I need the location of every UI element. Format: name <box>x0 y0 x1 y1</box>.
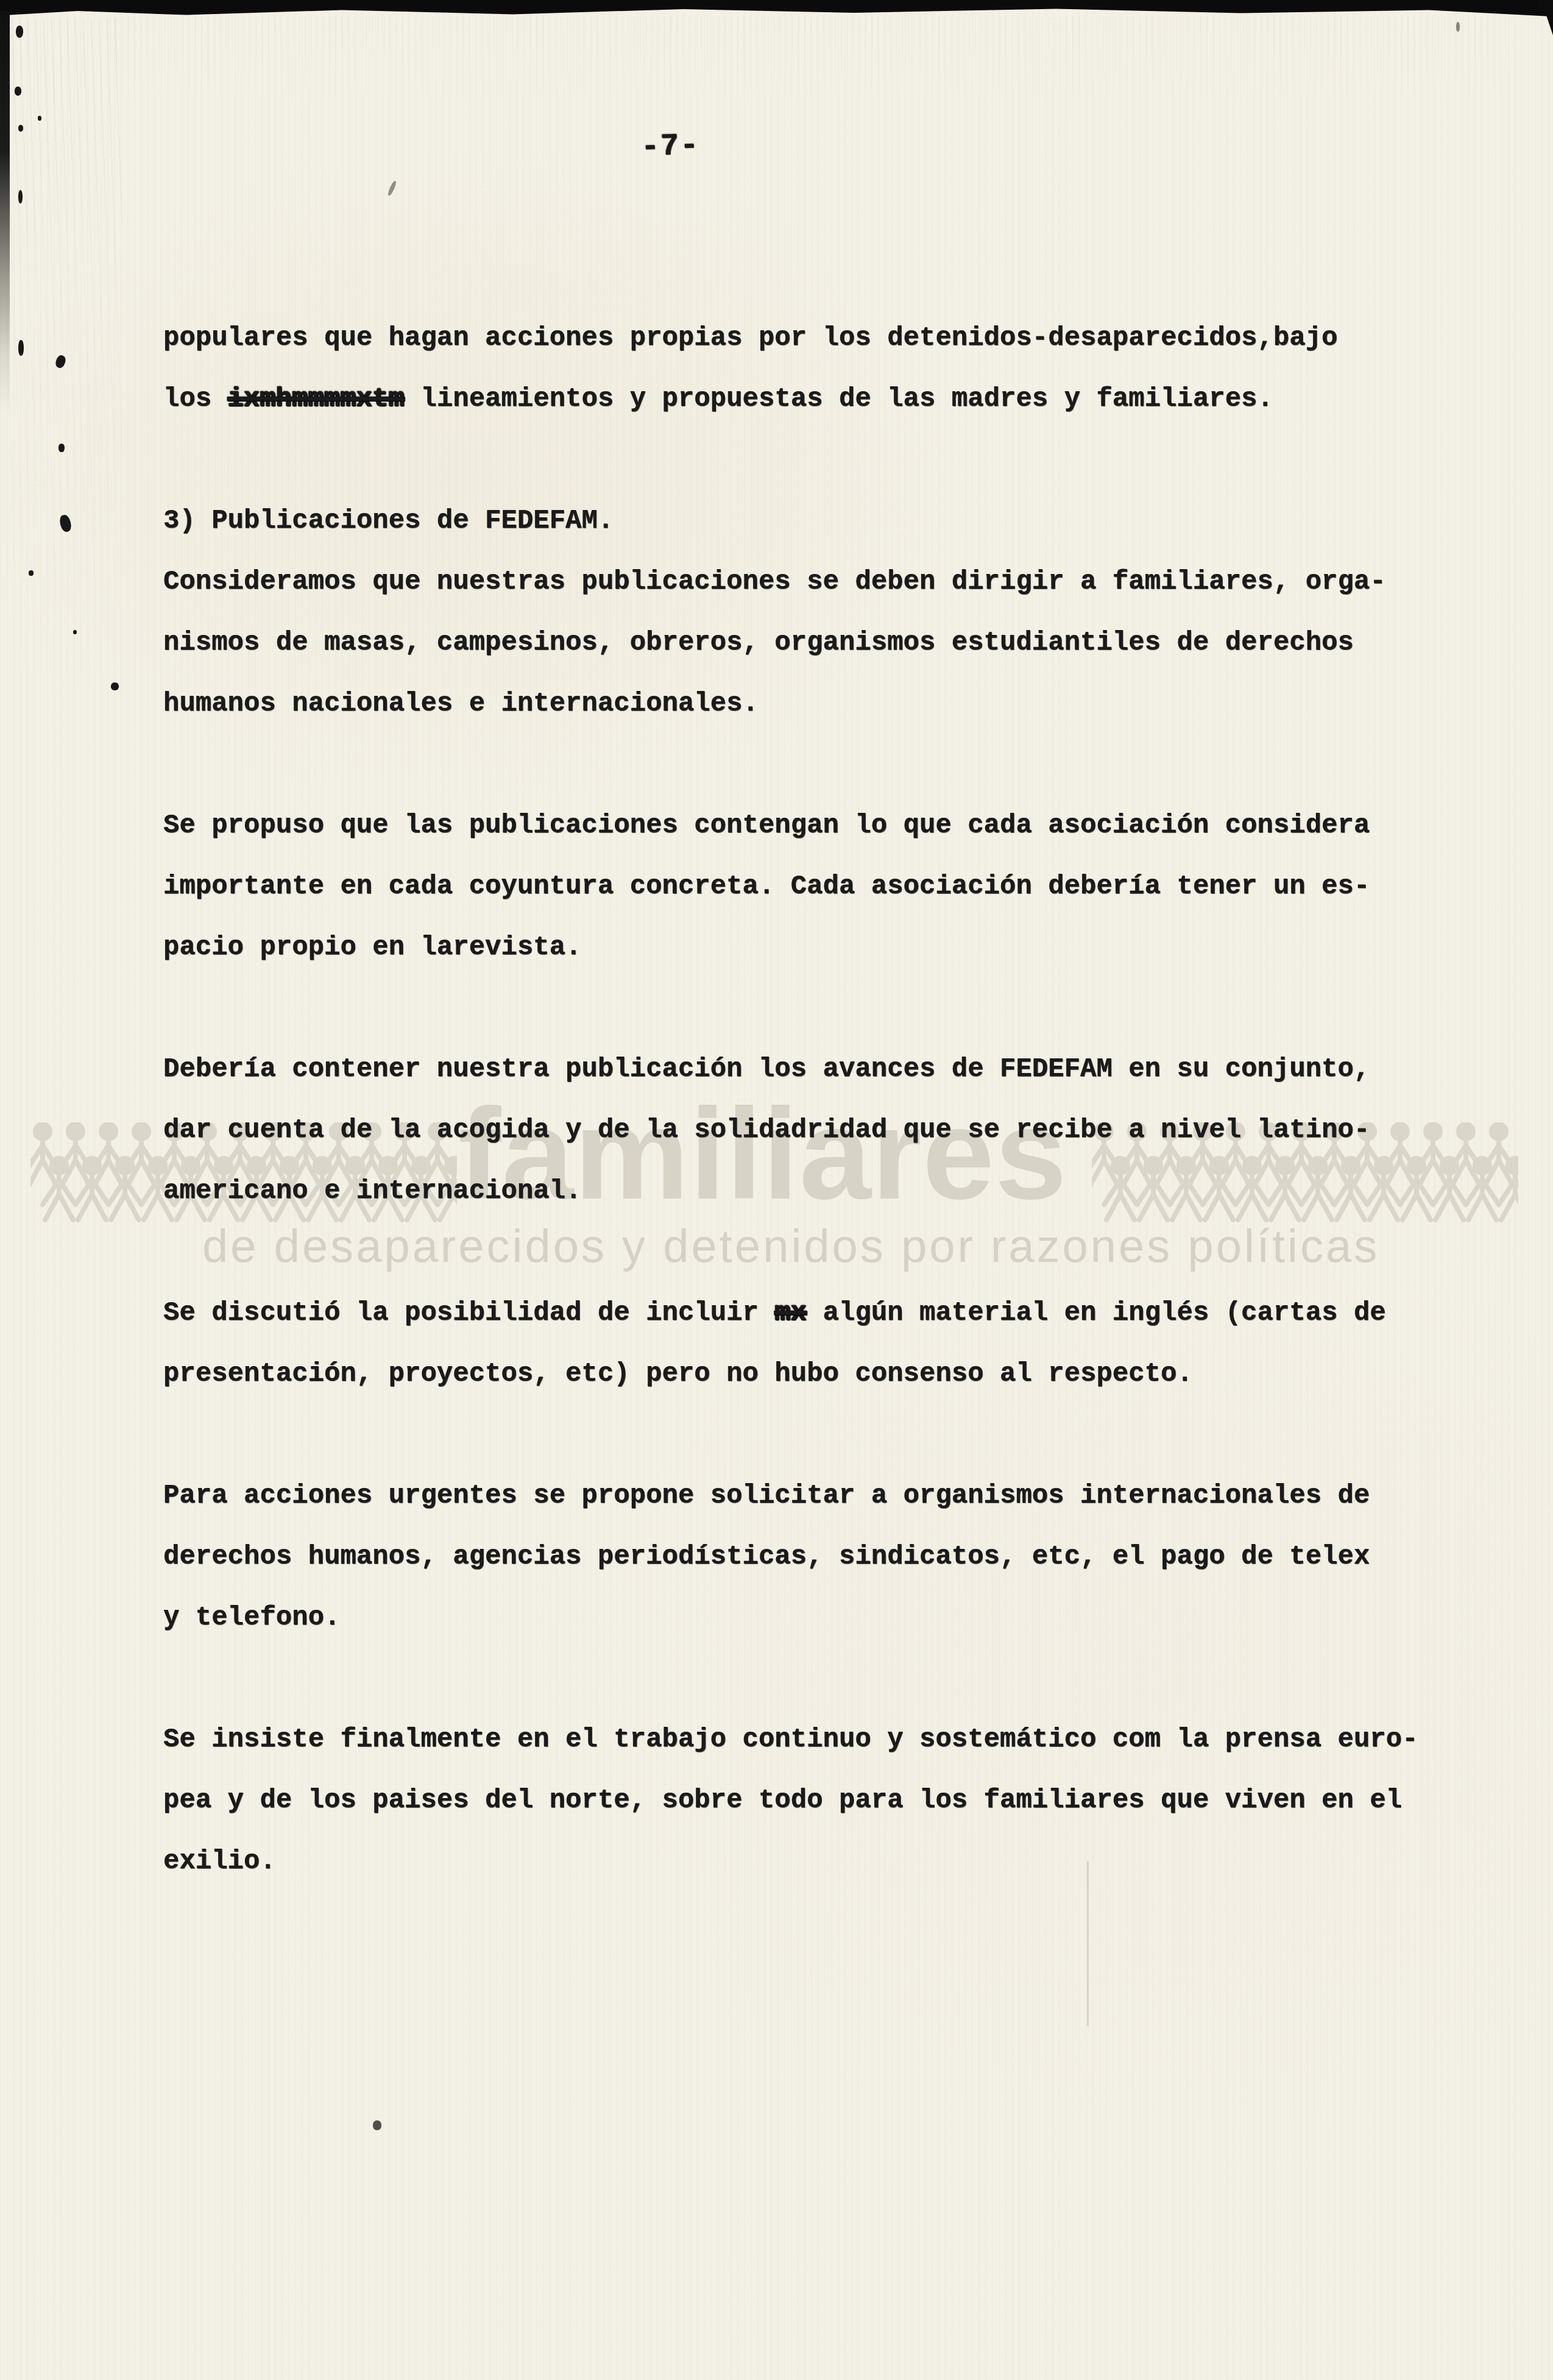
scan-smudge <box>6 18 122 780</box>
text-line: exilio. <box>163 1831 1479 1892</box>
paragraph: Se propuso que las publicaciones conteng… <box>163 795 1479 978</box>
text-line: importante en cada coyuntura concreta. C… <box>163 856 1479 917</box>
text-line: 3) Publicaciones de FEDEFAM. <box>163 491 1479 551</box>
overtyped-correction: ixmhmmmmxtm <box>228 384 405 414</box>
scan-speck <box>1456 22 1460 32</box>
page-number: -7- <box>640 128 700 165</box>
paragraph: Para acciones urgentes se propone solici… <box>163 1465 1479 1648</box>
scan-speck <box>58 444 65 452</box>
text-line: dar cuenta de la acogida y de la solidad… <box>163 1100 1479 1161</box>
scan-fold-line <box>1087 1861 1089 2026</box>
text-line: Debería contener nuestra publicación los… <box>163 1039 1479 1100</box>
text-line: y telefono. <box>163 1587 1479 1648</box>
text-line: los ixmhmmmmxtm lineamientos y propuesta… <box>163 369 1479 430</box>
text-line: humanos nacionales e internacionales. <box>163 673 1479 734</box>
scan-speck <box>18 125 23 132</box>
text-line: derechos humanos, agencias periodísticas… <box>163 1526 1479 1587</box>
text-line: nismos de masas, campesinos, obreros, or… <box>163 612 1479 673</box>
text-segment: lineamientos y propuestas de las madres … <box>405 384 1273 414</box>
scanned-page: familiares de desaparecidos y detenidos … <box>0 0 1553 2380</box>
text-line: populares que hagan acciones propias por… <box>163 308 1479 369</box>
text-segment: algún material en inglés (cartas de <box>807 1298 1386 1328</box>
scan-speck <box>15 87 21 96</box>
scan-speck <box>73 630 77 634</box>
text-segment: los <box>163 384 228 414</box>
paragraph: Debería contener nuestra publicación los… <box>163 1039 1479 1222</box>
text-line: Se insiste finalmente en el trabajo cont… <box>163 1709 1479 1770</box>
scan-speck <box>373 2120 381 2130</box>
text-line: Para acciones urgentes se propone solici… <box>163 1465 1479 1526</box>
text-line: Se propuso que las publicaciones conteng… <box>163 795 1479 856</box>
scan-artifact-left-edge <box>0 11 10 413</box>
scan-speck <box>16 26 23 38</box>
scan-speck <box>38 116 41 121</box>
text-line: Se discutió la posibilidad de incluir mx… <box>163 1283 1479 1344</box>
text-line: pacio propio en larevista. <box>163 917 1479 978</box>
scan-speck <box>18 340 24 356</box>
scan-speck <box>29 570 34 576</box>
paragraph: Se insiste finalmente en el trabajo cont… <box>163 1709 1479 1892</box>
text-line: presentación, proyectos, etc) pero no hu… <box>163 1344 1479 1404</box>
text-line: pea y de los paises del norte, sobre tod… <box>163 1770 1479 1831</box>
scan-smudge <box>110 17 1511 121</box>
text-segment: Se discutió la posibilidad de incluir <box>163 1298 774 1328</box>
scan-speck <box>111 682 119 690</box>
text-line: americano e internacional. <box>163 1161 1479 1222</box>
paragraph: populares que hagan acciones propias por… <box>163 308 1479 430</box>
text-line: Consideramos que nuestras publicaciones … <box>163 551 1479 612</box>
paragraph: Consideramos que nuestras publicaciones … <box>163 551 1479 734</box>
document-text: populares que hagan acciones propias por… <box>163 308 1479 1953</box>
paragraph: Se discutió la posibilidad de incluir mx… <box>163 1283 1479 1404</box>
scan-speck <box>18 190 23 204</box>
section-heading: 3) Publicaciones de FEDEFAM. <box>163 491 1479 551</box>
overtyped-correction: mx <box>774 1298 807 1328</box>
